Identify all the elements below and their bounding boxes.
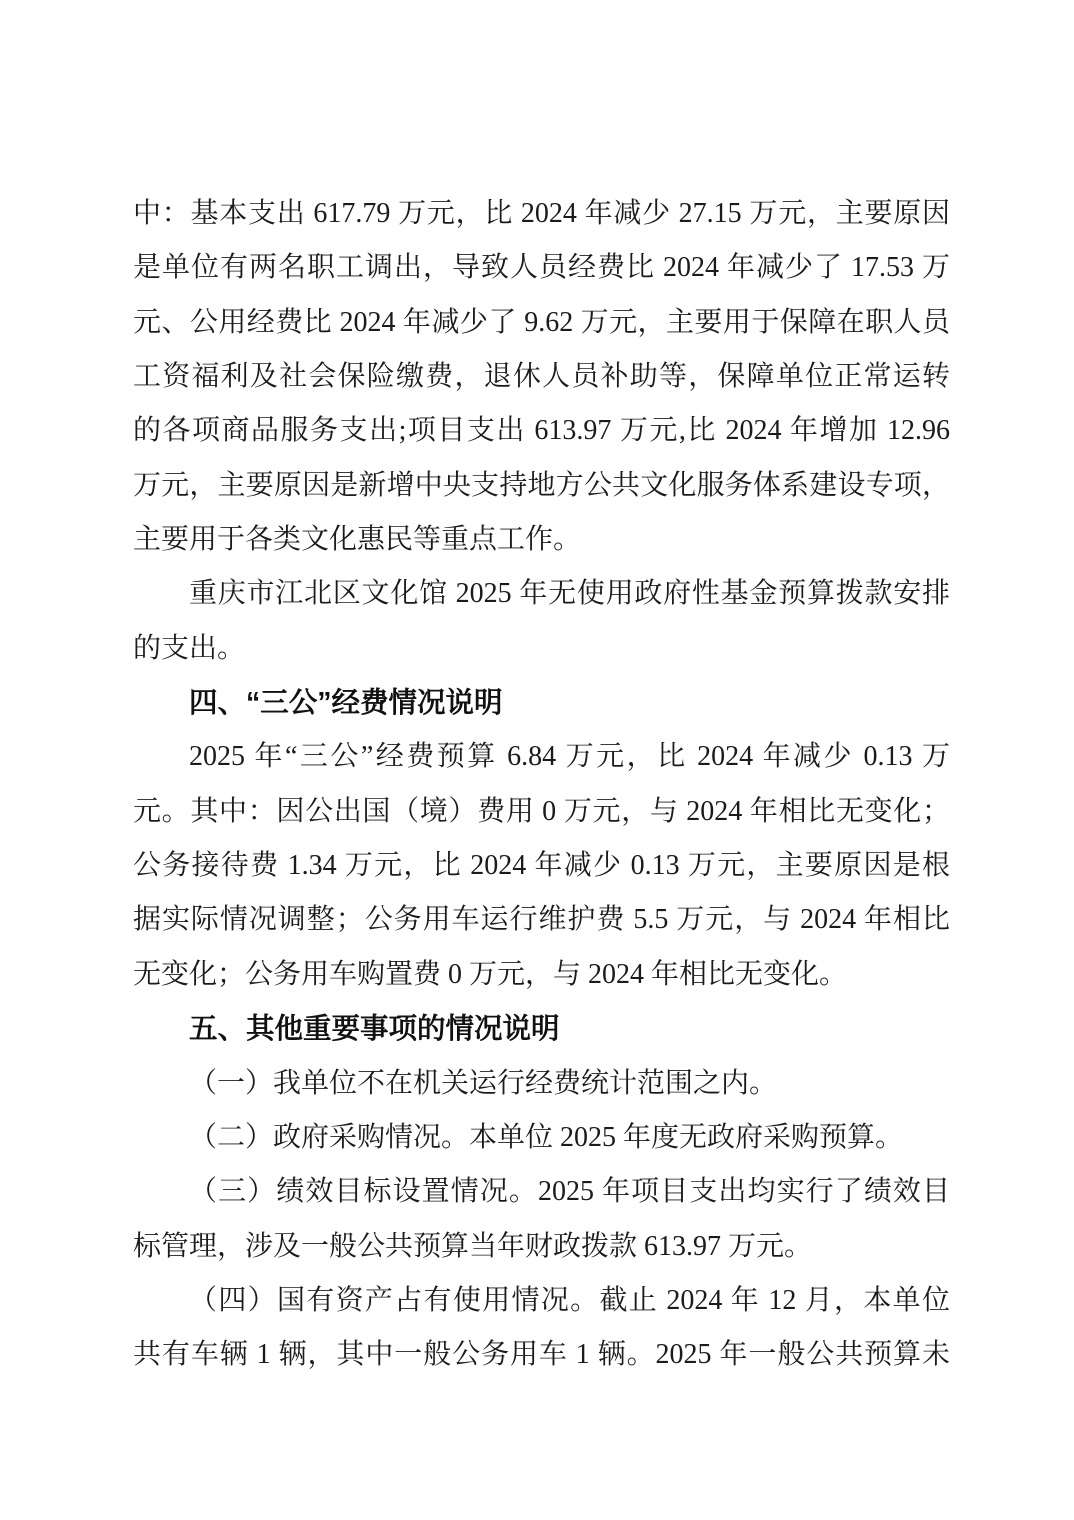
doc-line-4: 工资福利及社会保险缴费，退休人员补助等，保障单位正常运转 bbox=[133, 350, 950, 404]
doc-line-15: 无变化；公务用车购置费 0 万元，与 2024 年相比无变化。 bbox=[133, 948, 950, 1002]
doc-line-18: （二）政府采购情况。本单位 2025 年度无政府采购预算。 bbox=[133, 1111, 950, 1165]
doc-line-20: 标管理，涉及一般公共预算当年财政拨款 613.97 万元。 bbox=[133, 1220, 950, 1274]
doc-line-3: 元、公用经费比 2024 年减少了 9.62 万元，主要用于保障在职人员 bbox=[133, 296, 950, 350]
doc-line-21: （四）国有资产占有使用情况。截止 2024 年 12 月，本单位 bbox=[133, 1274, 950, 1328]
doc-line-2: 是单位有两名职工调出，导致人员经费比 2024 年减少了 17.53 万 bbox=[133, 241, 950, 295]
doc-line-14: 据实际情况调整；公务用车运行维护费 5.5 万元，与 2024 年相比 bbox=[133, 893, 950, 947]
section-4-heading: 四、“三公”经费情况说明 bbox=[133, 676, 950, 730]
doc-line-12: 元。其中：因公出国（境）费用 0 万元，与 2024 年相比无变化； bbox=[133, 785, 950, 839]
document-page: 中：基本支出 617.79 万元，比 2024 年减少 27.15 万元，主要原… bbox=[0, 0, 1074, 1520]
doc-line-13: 公务接待费 1.34 万元，比 2024 年减少 0.13 万元，主要原因是根 bbox=[133, 839, 950, 893]
doc-line-19: （三）绩效目标设置情况。2025 年项目支出均实行了绩效目 bbox=[133, 1165, 950, 1219]
document-text-block: 中：基本支出 617.79 万元，比 2024 年减少 27.15 万元，主要原… bbox=[133, 187, 950, 1383]
doc-line-5: 的各项商品服务支出;项目支出 613.97 万元,比 2024 年增加 12.9… bbox=[133, 404, 950, 458]
doc-line-8: 重庆市江北区文化馆 2025 年无使用政府性基金预算拨款安排 bbox=[133, 567, 950, 621]
doc-line-7: 主要用于各类文化惠民等重点工作。 bbox=[133, 513, 950, 567]
doc-line-22: 共有车辆 1 辆，其中一般公务用车 1 辆。2025 年一般公共预算未 bbox=[133, 1328, 950, 1382]
doc-line-1: 中：基本支出 617.79 万元，比 2024 年减少 27.15 万元，主要原… bbox=[133, 187, 950, 241]
section-5-heading: 五、其他重要事项的情况说明 bbox=[133, 1002, 950, 1056]
doc-line-11: 2025 年“三公”经费预算 6.84 万元，比 2024 年减少 0.13 万 bbox=[133, 730, 950, 784]
doc-line-6: 万元，主要原因是新增中央支持地方公共文化服务体系建设专项， bbox=[133, 459, 950, 513]
doc-line-17: （一）我单位不在机关运行经费统计范围之内。 bbox=[133, 1057, 950, 1111]
doc-line-9: 的支出。 bbox=[133, 622, 950, 676]
